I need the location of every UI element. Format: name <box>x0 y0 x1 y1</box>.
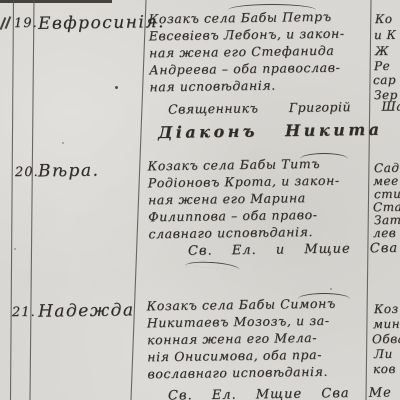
column-rule-number <box>30 0 34 400</box>
fragment-line: Ж <box>375 44 389 58</box>
record-line: Андреева – оба православ- <box>149 59 345 79</box>
fragment-line: Коз <box>374 302 399 316</box>
entry-record-text: Козакъ села Бабы Петръ Евсевіевъ Лебонъ,… <box>148 8 345 96</box>
fragment-line: Ли <box>374 347 393 361</box>
entry-number: 20. <box>15 165 39 180</box>
top-border-segment <box>0 0 112 3</box>
fragment-line: лев <box>373 226 396 240</box>
ink-flourish <box>228 4 316 10</box>
fragment-line: Зер <box>374 88 398 102</box>
record-line: славнаго исповѣданія. <box>148 223 340 243</box>
entry-record-text: Козакъ села Бабы Титъ Родіоновъ Крота, и… <box>147 155 340 243</box>
column-rule-name <box>131 0 146 400</box>
entry-number: 21. <box>12 305 36 320</box>
fragment-line: мин <box>373 317 400 331</box>
entry-number: 19. <box>14 16 38 31</box>
ink-flourish <box>185 260 240 270</box>
clergy-signature-priest: Священникъ Григорій Ша <box>168 98 400 116</box>
ink-flourish <box>298 293 350 299</box>
scanned-register-page: 19. Евфросинія. Козакъ села Бабы Петръ Е… <box>0 0 400 400</box>
clergy-signature-deacon: Діаконъ Никита ор <box>158 119 400 142</box>
ink-speck <box>14 248 16 250</box>
fragment-line: Ре <box>374 59 390 73</box>
entry-record-text: Козакъ села Бабы Симонъ Никитаевъ Мозозъ… <box>146 295 336 383</box>
fragment-line: Обва <box>372 332 400 346</box>
column-rule-left-margin <box>11 0 14 400</box>
clergy-signature: Св. Ел. и Мщие Сва Наб <box>188 240 400 259</box>
record-line: вославнаго исповѣданія. <box>147 363 337 383</box>
fragment-line: сар <box>373 73 396 87</box>
entry-name: Евфросинія. <box>38 12 165 34</box>
ink-speck <box>62 142 64 144</box>
fragment-line: Ко <box>375 12 393 26</box>
record-line: Родіоновъ Крота, и закон- <box>148 172 340 192</box>
fragment-line: и К <box>374 28 397 42</box>
entry-name: Вѣра. <box>38 161 100 182</box>
fragment-line: ков <box>373 362 396 376</box>
ink-speck <box>330 288 332 290</box>
column-rule-right <box>366 0 371 400</box>
entry-name: Надежда <box>38 300 135 321</box>
record-line: ная исповѣданія. <box>149 76 345 96</box>
ink-speck <box>115 86 118 89</box>
ink-flourish <box>300 153 348 159</box>
clergy-signature: Св. Ел. Мщие Сва Ме <box>168 385 392 400</box>
